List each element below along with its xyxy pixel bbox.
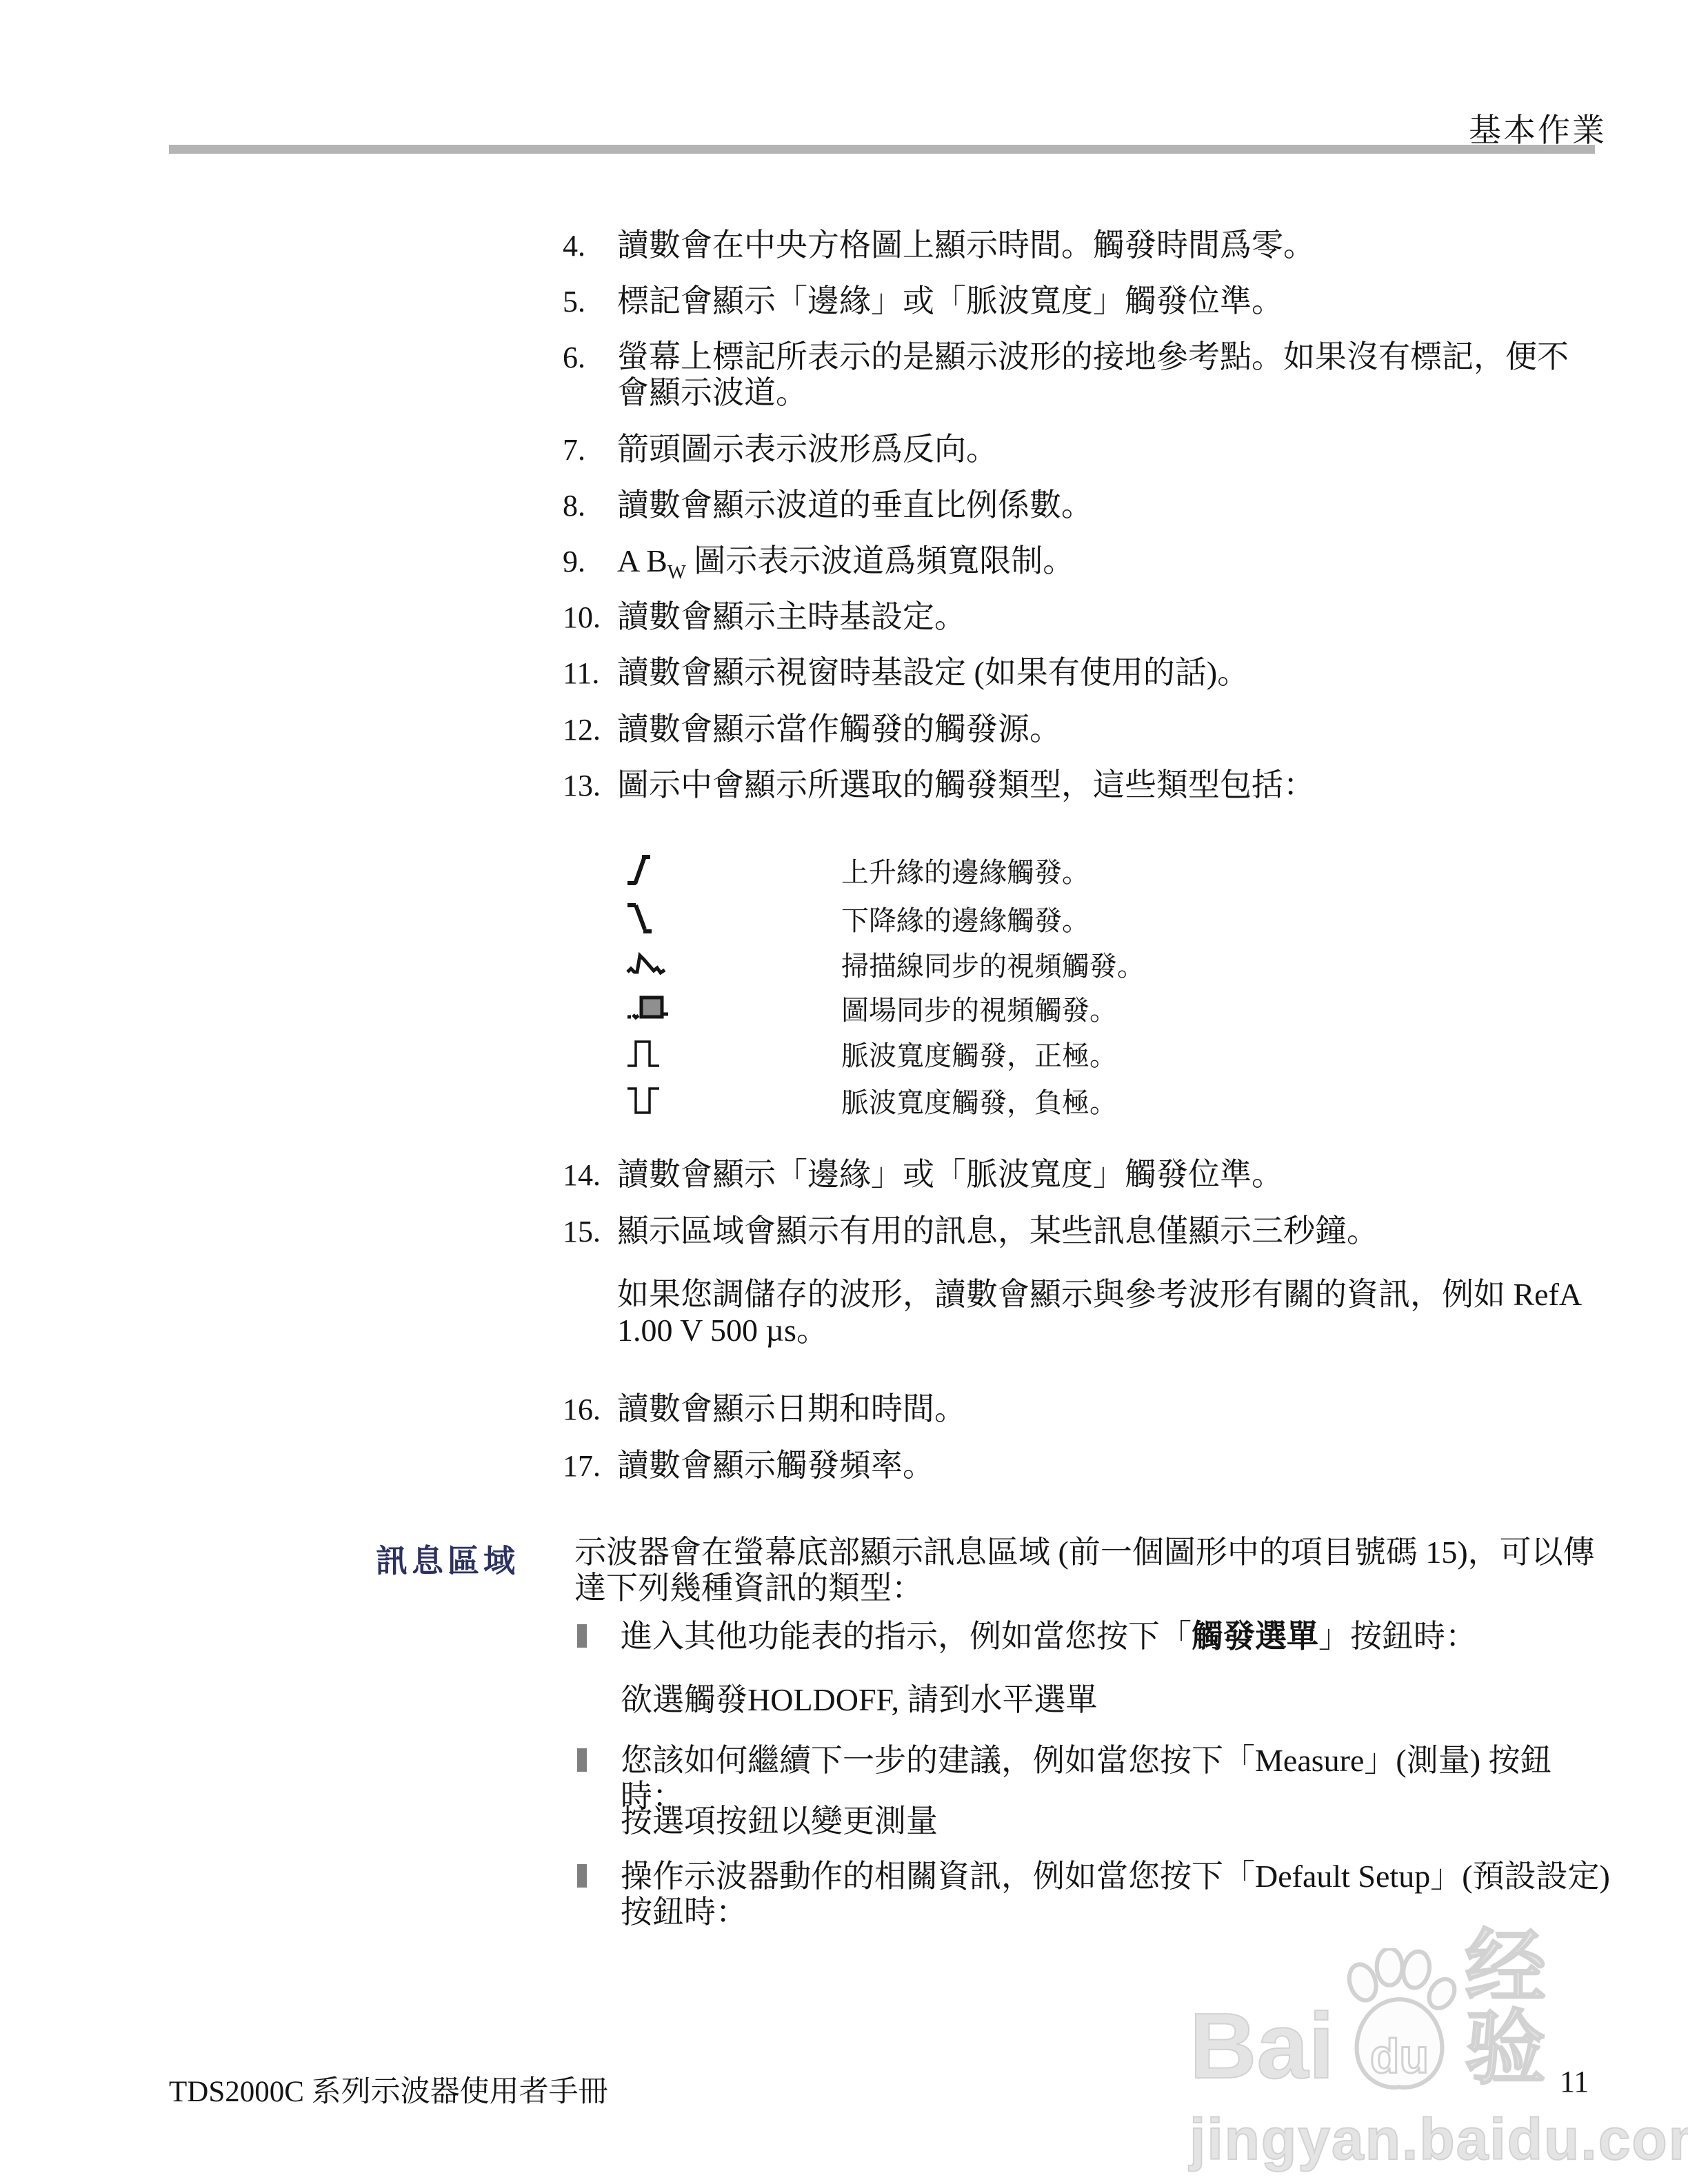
baidu-paw-icon: du (1329, 1948, 1470, 2102)
list-item-text: 讀數會顯示主時基設定。 (617, 599, 1625, 635)
list-item-number: 14. (563, 1157, 617, 1193)
trigger-type-row: 脈波寬度觸發，正極。 (626, 1030, 1660, 1077)
holdoff-hint-text: 欲選觸發HOLDOFF, 請到水平選單 (621, 1682, 1097, 1718)
list-item-number: 11. (563, 656, 617, 691)
field-sync-video-trigger-icon (626, 992, 841, 1024)
list-item-number: 6. (563, 340, 617, 375)
bullet-text-pre: 進入其他功能表的指示，例如當您按下「 (621, 1619, 1192, 1654)
list-item-13: 13. 圖示中會顯示所選取的觸發類型，這些類型包括： (563, 767, 1625, 803)
bullet-text-line2: 按鈕時： (621, 1894, 747, 1930)
ref-note-line1: 如果您調儲存的波形，讀數會顯示與參考波形有關的資訊，例如 RefA (617, 1277, 1624, 1313)
trigger-menu-bold-text: 觸發選單 (1192, 1619, 1318, 1654)
ref-waveform-note: 如果您調儲存的波形，讀數會顯示與參考波形有關的資訊，例如 RefA 1.00 V… (617, 1277, 1624, 1348)
section-heading-message-area: 訊息區域 (376, 1536, 519, 1581)
baidu-jingyan-watermark: Bai du 经验 jingyan.baidu.com (1189, 1927, 1631, 2173)
trigger-type-label: 掃描線同步的視頻觸發。 (841, 944, 1145, 984)
list-item-9: 9. A BW 圖示表示波道爲頻寬限制。 (563, 543, 1625, 591)
list-item-15: 15. 顯示區域會顯示有用的訊息，某些訊息僅顯示三秒鐘。 (563, 1213, 1625, 1249)
list-item-17: 17. 讀數會顯示觸發頻率。 (563, 1448, 1625, 1484)
list-item-number: 9. (563, 544, 617, 579)
list-item-text: 讀數會顯示觸發頻率。 (617, 1448, 1625, 1484)
list-item-text: 讀數會顯示視窗時基設定 (如果有使用的話)。 (617, 655, 1625, 691)
list-item-text: 讀數會顯示當作觸發的觸發源。 (617, 711, 1625, 747)
list-item-4: 4. 讀數會在中央方格圖上顯示時間。觸發時間爲零。 (563, 228, 1625, 263)
list-item-7: 7. 箭頭圖示表示波形爲反向。 (563, 432, 1625, 467)
list-item-number: 5. (563, 284, 617, 319)
list-item-text: 顯示區域會顯示有用的訊息，某些訊息僅顯示三秒鐘。 (617, 1213, 1625, 1249)
list-item-number: 15. (563, 1214, 617, 1249)
watermark-du-text: du (1370, 2030, 1429, 2083)
manual-page: Bai du 经验 jingyan.baidu.com 基本作業 4. 讀數會在… (0, 0, 1688, 2184)
trigger-type-row: 脈波寬度觸發，負極。 (626, 1077, 1660, 1124)
falling-edge-trigger-icon (626, 900, 841, 936)
square-bullet-icon (577, 1748, 587, 1772)
trigger-type-label: 脈波寬度觸發，正極。 (841, 1034, 1117, 1073)
bullet-text-line1: 操作示波器動作的相關資訊，例如當您按下「Default Setup」(預設設定) (621, 1859, 1610, 1894)
bullet-item-menu-directions: 進入其他功能表的指示，例如當您按下「觸發選單」按鈕時： (577, 1619, 1611, 1655)
trigger-type-row: 圖場同步的視頻觸發。 (626, 984, 1660, 1031)
watermark-bai-text: Bai (1189, 1999, 1334, 2092)
list-item-6: 6. 螢幕上標記所表示的是顯示波形的接地參考點。如果沒有標記，便不 會顯示波道。 (563, 339, 1625, 411)
list-item-text: 讀數會顯示波道的垂直比例係數。 (617, 487, 1625, 523)
list-item-number: 17. (563, 1448, 617, 1484)
list-item-number: 13. (563, 768, 617, 803)
square-bullet-icon (577, 1624, 587, 1648)
page-header-title: 基本作業 (0, 105, 1607, 151)
list-item-text-line1: 螢幕上標記所表示的是顯示波形的接地參考點。如果沒有標記，便不 (617, 339, 1625, 375)
rising-edge-trigger-icon (626, 852, 841, 888)
list-item-8: 8. 讀數會顯示波道的垂直比例係數。 (563, 487, 1625, 523)
bullet-text: 進入其他功能表的指示，例如當您按下「觸發選單」按鈕時： (621, 1619, 1477, 1655)
list-item-number: 10. (563, 600, 617, 635)
list-item-text: 箭頭圖示表示波形爲反向。 (617, 432, 1625, 467)
bw-subscript: W (667, 562, 686, 583)
trigger-type-row: 下降緣的邊緣觸發。 (626, 895, 1660, 942)
trigger-type-label: 脈波寬度觸發，負極。 (841, 1081, 1117, 1120)
list-item-number: 16. (563, 1392, 617, 1427)
trigger-type-label: 上升緣的邊緣觸發。 (841, 851, 1089, 890)
list-item-14: 14. 讀數會顯示「邊緣」或「脈波寬度」觸發位準。 (563, 1157, 1625, 1193)
ref-note-line2: 1.00 V 500 µs。 (617, 1313, 1624, 1348)
positive-pulse-trigger-icon (626, 1038, 841, 1069)
list-item-number: 4. (563, 228, 617, 263)
list-item-text: 讀數會顯示「邊緣」或「脈波寬度」觸發位準。 (617, 1157, 1625, 1193)
trigger-type-label: 下降緣的邊緣觸發。 (841, 899, 1089, 938)
intro-line1: 示波器會在螢幕底部顯示訊息區域 (前一個圖形中的項目號碼 15)，可以傳 (574, 1535, 1622, 1570)
list-item-number: 7. (563, 432, 617, 467)
trigger-type-row: 掃描線同步的視頻觸發。 (626, 940, 1660, 987)
message-area-intro: 示波器會在螢幕底部顯示訊息區域 (前一個圖形中的項目號碼 15)，可以傳 達下列… (574, 1535, 1622, 1606)
line-sync-video-trigger-icon (626, 951, 841, 976)
negative-pulse-trigger-icon (626, 1085, 841, 1115)
list-item-5: 5. 標記會顯示「邊緣」或「脈波寬度」觸發位準。 (563, 283, 1625, 319)
header-rule (169, 145, 1595, 154)
list-item-11: 11. 讀數會顯示視窗時基設定 (如果有使用的話)。 (563, 655, 1625, 691)
list-item-number: 12. (563, 712, 617, 747)
bullet-text: 操作示波器動作的相關資訊，例如當您按下「Default Setup」(預設設定)… (621, 1859, 1611, 1930)
trigger-type-row: 上升緣的邊緣觸發。 (626, 847, 1660, 893)
bw-prefix: A B (617, 543, 667, 578)
list-item-text-line2: 會顯示波道。 (617, 375, 1625, 411)
intro-line2: 達下列幾種資訊的類型： (574, 1570, 1622, 1606)
measure-hint-text: 按選項按鈕以變更測量 (621, 1803, 938, 1839)
footer-manual-title: TDS2000C 系列示波器使用者手冊 (169, 2068, 608, 2110)
list-item-text: 讀數會在中央方格圖上顯示時間。觸發時間爲零。 (617, 228, 1625, 263)
list-item-text: 讀數會顯示日期和時間。 (617, 1391, 1625, 1427)
list-item-number: 8. (563, 488, 617, 523)
list-item-10: 10. 讀數會顯示主時基設定。 (563, 599, 1625, 635)
list-item-text: 標記會顯示「邊緣」或「脈波寬度」觸發位準。 (617, 283, 1625, 319)
square-bullet-icon (577, 1864, 587, 1888)
bw-suffix: 圖示表示波道爲頻寬限制。 (686, 543, 1075, 578)
list-item-12: 12. 讀數會顯示當作觸發的觸發源。 (563, 711, 1625, 747)
trigger-type-label: 圖場同步的視頻觸發。 (841, 989, 1117, 1028)
list-item-text: A BW 圖示表示波道爲頻寬限制。 (617, 543, 1625, 591)
bullet-item-default-setup: 操作示波器動作的相關資訊，例如當您按下「Default Setup」(預設設定)… (577, 1859, 1611, 1930)
list-item-text: 圖示中會顯示所選取的觸發類型，這些類型包括： (617, 767, 1625, 803)
watermark-url-text: jingyan.baidu.com (1189, 2106, 1631, 2173)
watermark-jingyan-text: 经验 (1465, 1927, 1631, 2090)
bullet-text-post: 」按鈕時： (1318, 1619, 1477, 1654)
page-number: 11 (1560, 2064, 1589, 2099)
list-item-16: 16. 讀數會顯示日期和時間。 (563, 1391, 1625, 1427)
